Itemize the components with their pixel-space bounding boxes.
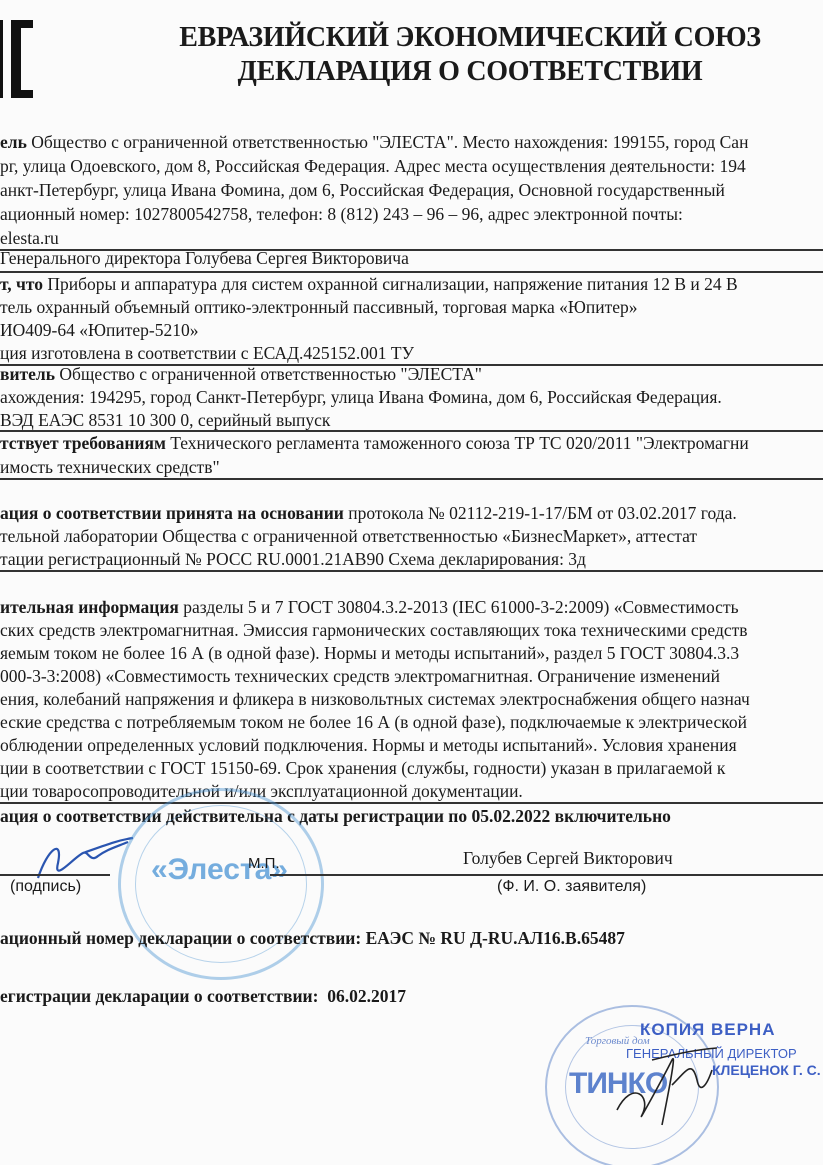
applicant-represented-by: Генерального директора Голубева Сергея В… — [0, 247, 409, 269]
additional-info-line: ительная информация разделы 5 и 7 ГОСТ 3… — [0, 596, 739, 618]
product-line: ция изготовлена в соответствии с ЕСАД.42… — [0, 342, 414, 364]
additional-info-line: 000-3-3:2008) «Совместимость технических… — [0, 665, 720, 687]
compliance-line: имость технических средств" — [0, 456, 220, 478]
manufacturer-line: витель Общество с ограниченной ответстве… — [0, 363, 482, 385]
applicant-line: анкт-Петербург, улица Ивана Фомина, дом … — [0, 179, 725, 201]
basis-line: ация о соответствии принята на основании… — [0, 502, 737, 524]
registration-number: ационный номер декларации о соответствии… — [0, 927, 625, 949]
additional-info-line: ции в соответствии с ГОСТ 15150-69. Срок… — [0, 757, 725, 779]
document-title-declaration: ДЕКЛАРАЦИЯ О СООТВЕТСТВИИ — [150, 54, 790, 90]
additional-info-line: еские средства с потребляемым током не б… — [0, 711, 747, 733]
applicant-email: elesta.ru — [0, 227, 59, 249]
seal-label: М.П. — [248, 855, 280, 872]
document-title-union: ЕВРАЗИЙСКИЙ ЭКОНОМИЧЕСКИЙ СОЮЗ — [150, 20, 790, 56]
basis-line: тельной лаборатории Общества с ограничен… — [0, 525, 697, 547]
additional-info-line: ских средств электромагнитная. Эмиссия г… — [0, 619, 748, 641]
applicant-line: ационный номер: 1027800542758, телефон: … — [0, 203, 683, 225]
manufacturer-line: ВЭД ЕАЭС 8531 10 300 0, серийный выпуск — [0, 409, 330, 431]
additional-info-line: яемым током не более 16 А (в одной фазе)… — [0, 642, 739, 664]
product-line: ИО409-64 «Юпитер-5210» — [0, 319, 198, 341]
elesta-seal-stamp: «Элеста» — [118, 788, 324, 980]
additional-info-line: ения, колебаний напряжения и фликера в н… — [0, 688, 750, 710]
copy-verified-label: КОПИЯ ВЕРНА — [640, 1020, 776, 1040]
applicant-line: ель Общество с ограниченной ответственно… — [0, 131, 748, 153]
signature-underline — [0, 874, 110, 876]
divider — [0, 802, 823, 804]
product-line: тель охранный объемный оптико-электронны… — [0, 296, 638, 318]
additional-info-line: облюдении определенных условий подключен… — [0, 734, 737, 756]
signer-caption: (Ф. И. О. заявителя) — [497, 878, 646, 896]
validity-statement: ация о соответствии действительна с даты… — [0, 805, 671, 827]
name-underline — [270, 874, 823, 876]
signature-caption: (подпись) — [10, 878, 81, 896]
director-signature-icon — [612, 1040, 722, 1130]
manufacturer-line: ахождения: 194295, город Санкт-Петербург… — [0, 386, 722, 408]
signer-name: Голубев Сергей Викторович — [463, 848, 673, 869]
divider — [0, 478, 823, 480]
applicant-line: рг, улица Одоевского, дом 8, Российская … — [0, 155, 746, 177]
director-name: КЛЕЦЕНОК Г. С. — [712, 1062, 821, 1078]
eac-mark-icon — [0, 20, 33, 100]
declaration-document: ЕВРАЗИЙСКИЙ ЭКОНОМИЧЕСКИЙ СОЮЗ ДЕКЛАРАЦИ… — [0, 0, 823, 1165]
compliance-line: тствует требованиям Технического регламе… — [0, 432, 749, 454]
basis-line: тации регистрационный № РОСС RU.0001.21А… — [0, 548, 586, 570]
product-line: т, что Приборы и аппаратура для систем о… — [0, 273, 738, 295]
registration-date: егистрации декларации о соответствии: 06… — [0, 985, 406, 1007]
divider — [0, 570, 823, 572]
